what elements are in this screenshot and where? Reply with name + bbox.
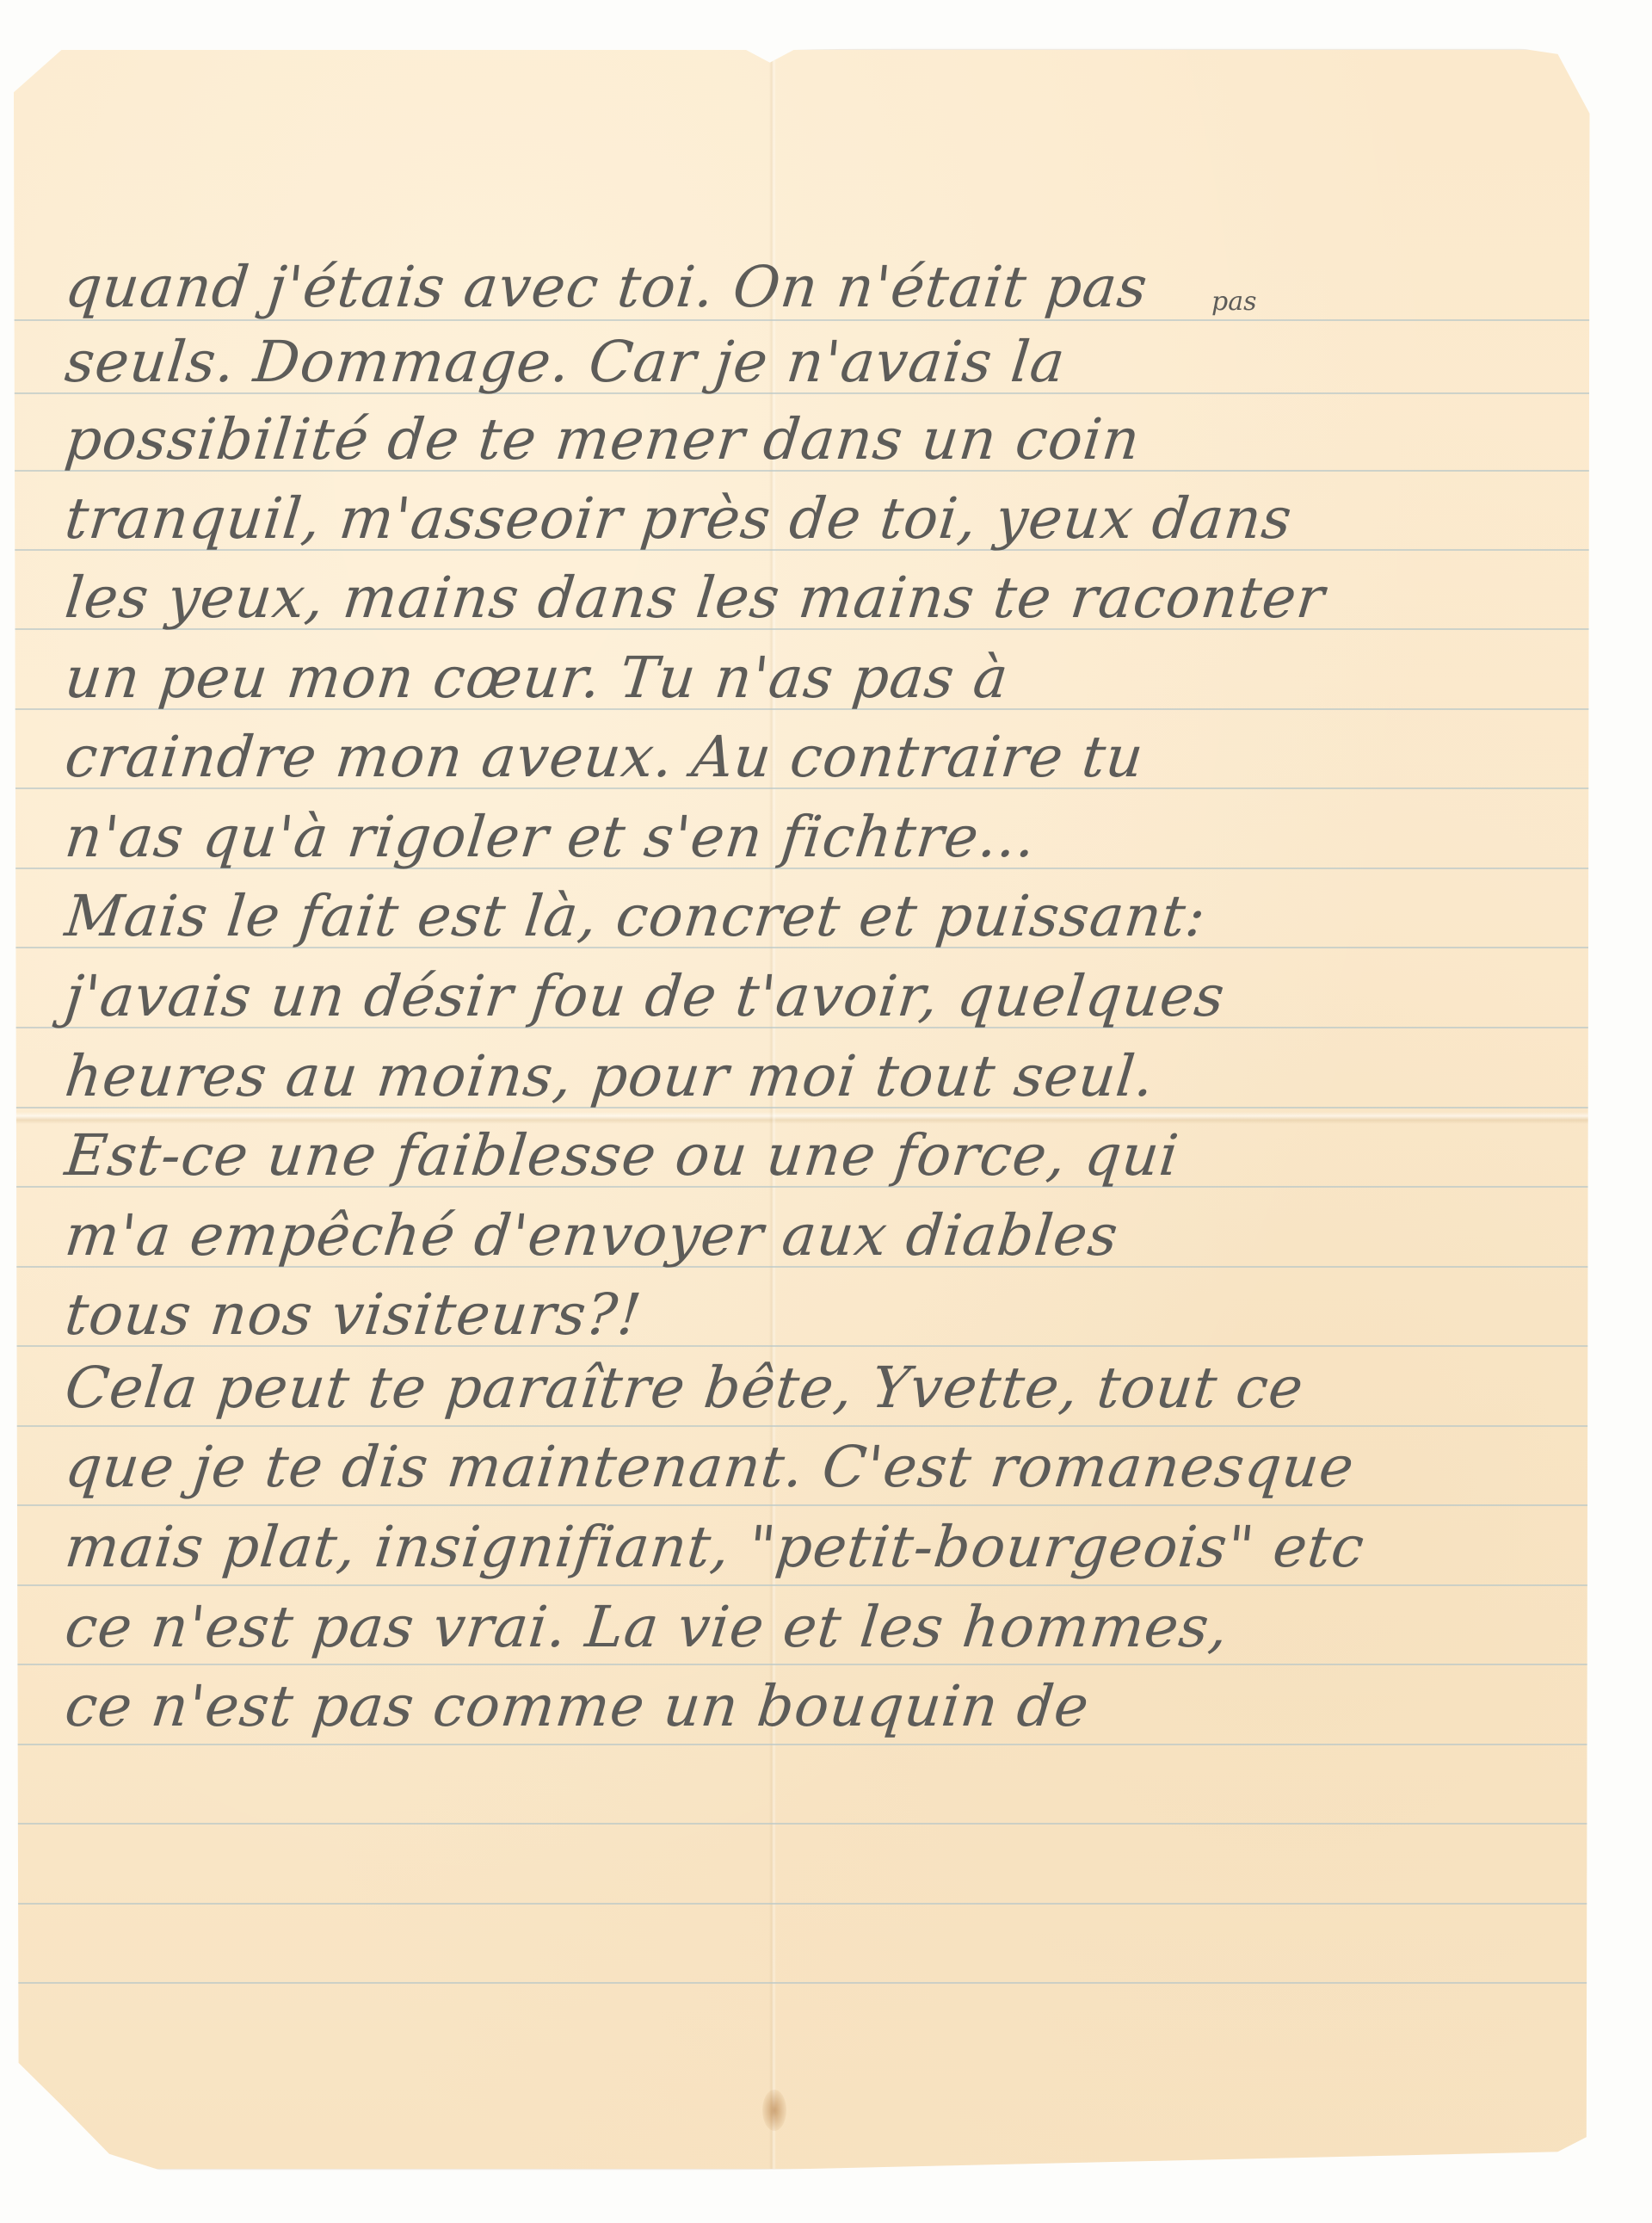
text-line: que je te dis maintenant. C'est romanesq…: [63, 1439, 1566, 1496]
letter-page: quand j'étais avec toi. On n'était pas s…: [14, 50, 1606, 2169]
text-line: tranquil, m'asseoir près de toi, yeux da…: [63, 491, 1566, 547]
text-line: craindre mon aveux. Au contraire tu: [63, 729, 1566, 786]
text-line: seuls. Dommage. Car je n'avais la: [63, 334, 1566, 391]
ruled-line: [14, 1982, 1606, 1984]
text-line: un peu mon cœur. Tu n'as pas à: [63, 650, 1566, 707]
text-line: ce n'est pas vrai. La vie et les hommes,: [63, 1599, 1566, 1656]
ruled-line: [14, 1903, 1606, 1905]
ruled-line: [14, 1425, 1606, 1427]
text-line: n'as qu'à rigoler et s'en fichtre...: [63, 809, 1566, 866]
ruled-line: [14, 1584, 1606, 1586]
text-line: Cela peut te paraître bête, Yvette, tout…: [63, 1360, 1566, 1417]
ruled-line: [14, 1823, 1606, 1825]
ruled-line: [14, 1504, 1606, 1506]
text-line: j'avais un désir fou de t'avoir, quelque…: [63, 968, 1566, 1025]
text-line: quand j'étais avec toi. On n'était pas: [63, 259, 1566, 316]
text-line: mais plat, insignifiant, "petit-bourgeoi…: [63, 1519, 1566, 1576]
text-line: Est-ce une faiblesse ou une force, qui: [63, 1127, 1566, 1184]
text-line: possibilité de te mener dans un coin: [63, 411, 1566, 468]
ruled-line: [14, 1744, 1606, 1745]
text-line: heures au moins, pour moi tout seul.: [63, 1048, 1566, 1105]
text-line: m'a empêché d'envoyer aux diables: [63, 1207, 1566, 1264]
text-line: les yeux, mains dans les mains te racont…: [63, 570, 1566, 627]
text-line: tous nos visiteurs?!: [63, 1287, 1566, 1343]
text-line: ce n'est pas comme un bouquin de: [63, 1678, 1566, 1735]
inserted-word: pas: [1211, 287, 1257, 317]
ruled-line: [14, 1664, 1606, 1665]
text-line: Mais le fait est là, concret et puissant…: [63, 888, 1566, 945]
paper-stain: [762, 2090, 786, 2131]
